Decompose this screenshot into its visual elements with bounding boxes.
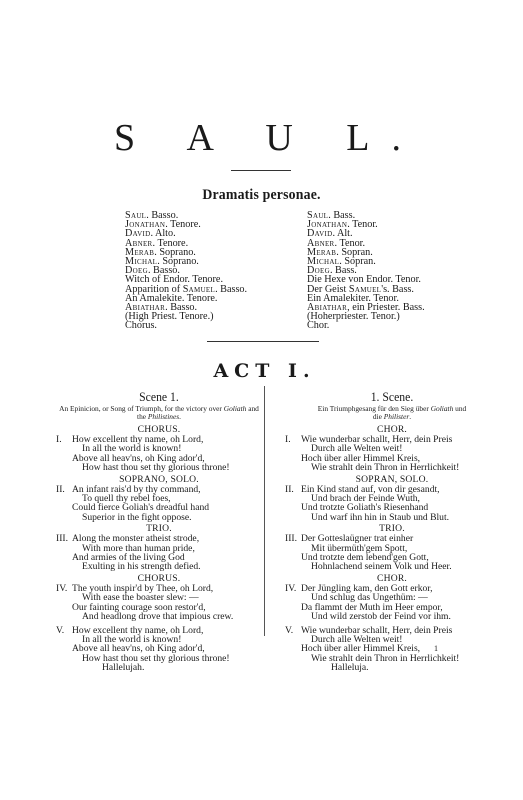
subtitle-goliath: Goliath	[431, 404, 454, 413]
score-page: S A U L. Dramatis personae. Saul. Basso.…	[0, 0, 523, 800]
scene-title-german: 1. Scene.	[296, 390, 489, 404]
verse-number: I.	[285, 435, 291, 445]
verse: IV.Der Jüngling kam, den Gott erkor,Und …	[285, 584, 499, 622]
verse-number: III.	[285, 534, 297, 544]
title-rule	[231, 170, 291, 171]
verse: I.Wie wunderbar schallt, Herr, dein Prei…	[285, 435, 499, 473]
verse-sections-english: CHORUS.I.How excellent thy name, oh Lord…	[56, 424, 262, 673]
verse: III.Der Gotteslaügner trat einherMit übe…	[285, 534, 499, 572]
verse-line: Wie strahlt dein Thron in Herrlichkeit!	[285, 654, 499, 663]
german-column: 1. Scene. Ein Triumphgesang für den Sieg…	[285, 390, 499, 673]
verse: I.How excellent thy name, oh Lord,In all…	[56, 435, 262, 473]
cast-list-german: Saul. Bass.Jonathan. Tenor.David. Alt.Ab…	[307, 211, 425, 331]
subtitle-text: .	[409, 412, 411, 421]
subtitle-text: and	[246, 404, 259, 413]
verse-line: Und warf ihn hin in Staub und Blut.	[285, 513, 499, 522]
subtitle-goliath: Goliath	[224, 404, 247, 413]
dramatis-personae-heading: Dramatis personae.	[21, 187, 502, 204]
subtitle-text: die	[373, 412, 384, 421]
verse-number: IV.	[56, 584, 67, 594]
verse: II.An infant rais'd by thy command,To qu…	[56, 485, 262, 523]
cast-list-english: Saul. Basso.Jonathan. Tenore.David. Alto…	[125, 211, 247, 331]
verse-line: Wie strahlt dein Thron in Herrlichkeit!	[285, 463, 499, 472]
section-label: SOPRAN, SOLO.	[285, 474, 499, 485]
cast-entry: Chorus.	[125, 321, 247, 330]
english-column: Scene 1. An Epinicion, or Song of Triump…	[56, 390, 262, 673]
page-title: S A U L.	[0, 117, 523, 159]
act-heading: ACT I.	[0, 360, 523, 382]
subtitle-philistines: Philister	[384, 412, 409, 421]
verse-line: Und wild zerstob der Feind vor ihm.	[285, 612, 499, 621]
scene-subtitle-english: An Epinicion, or Song of Triumph, for th…	[56, 405, 262, 421]
subtitle-text: the	[137, 412, 148, 421]
verse-sections-german: CHOR.I.Wie wunderbar schallt, Herr, dein…	[285, 424, 499, 673]
subtitle-text: und	[453, 404, 466, 413]
verse-number: I.	[56, 435, 62, 445]
verse-line: And headlong drove that impious crew.	[56, 612, 262, 621]
verse: V.Wie wunderbar schallt, Herr, dein Prei…	[285, 626, 499, 673]
cast-rule	[207, 341, 319, 342]
scene-title-english: Scene 1.	[66, 390, 251, 404]
cast-entry: Chor.	[307, 321, 425, 330]
verse: IV.The youth inspir'd by Thee, oh Lord,W…	[56, 584, 262, 622]
verse: II.Ein Kind stand auf, von dir gesandt,U…	[285, 485, 499, 523]
verse-line: Hohnlachend seinem Volk und Heer.	[285, 562, 499, 571]
verse-line: Exulting in his strength defied.	[56, 562, 262, 571]
column-divider	[264, 386, 265, 636]
verse-number: II.	[285, 485, 294, 495]
verse-number: IV.	[285, 584, 296, 594]
section-label: SOPRANO, SOLO.	[56, 474, 262, 485]
page-number: 1	[434, 644, 438, 653]
verse-line: Hallelujah.	[56, 663, 262, 672]
verse: III.Along the monster atheist strode,Wit…	[56, 534, 262, 572]
verse-line: Halleluja.	[285, 663, 499, 672]
verse-number: V.	[285, 626, 293, 636]
verse-number: III.	[56, 534, 68, 544]
subtitle-philistines: Philistines	[148, 412, 179, 421]
verse: V.How excellent thy name, oh Lord,In all…	[56, 626, 262, 673]
verse-line: How hast thou set thy glorious throne!	[56, 463, 262, 472]
scene-subtitle-german: Ein Triumphgesang für den Sieg über Goli…	[285, 405, 499, 421]
subtitle-text: .	[179, 412, 181, 421]
verse-line: Superior in the fight oppose.	[56, 513, 262, 522]
verse-number: II.	[56, 485, 65, 495]
verse-line: How hast thou set thy glorious throne!	[56, 654, 262, 663]
verse-number: V.	[56, 626, 64, 636]
